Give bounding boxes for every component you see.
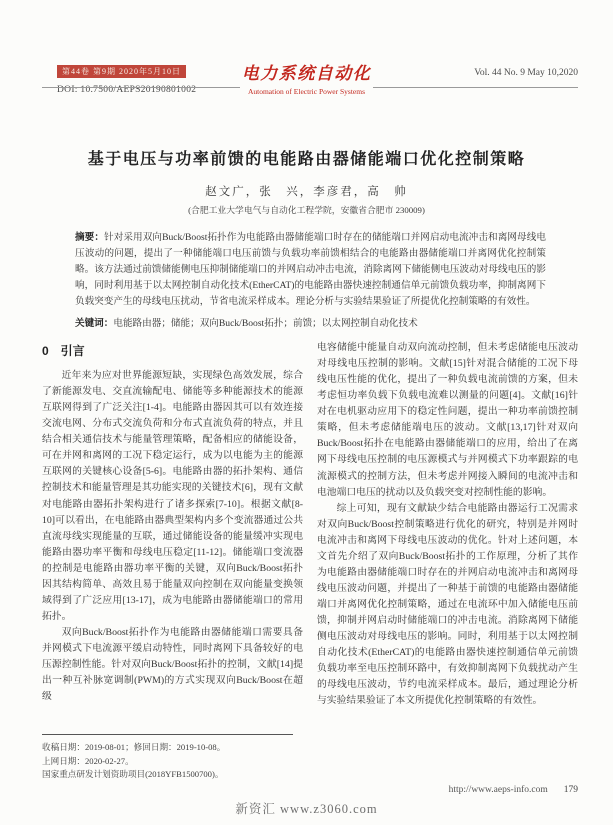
footnote-line: 收稿日期：2019-08-01；修回日期：2019-10-08。 <box>42 741 303 755</box>
abstract-text: 针对采用双向Buck/Boost拓扑作为电能路由器储能端口时存在的储能端口并网启… <box>75 232 546 307</box>
abstract-label: 摘要： <box>75 232 104 243</box>
abstract: 摘要：针对采用双向Buck/Boost拓扑作为电能路由器储能端口时存在的储能端口… <box>75 230 546 311</box>
footnote: 收稿日期：2019-08-01；修回日期：2019-10-08。 上网日期：20… <box>42 730 303 782</box>
volume-info: Vol. 44 No. 9 May 10,2020 <box>474 68 578 78</box>
authors: 赵文广，张 兴，李彦君，高 帅 <box>0 183 613 199</box>
right-column: 电容储能中能量自动双向流动控制，但未考虑储能电压波动对母线电压控制的影响。文献[… <box>317 340 578 782</box>
paragraph: 综上可知，现有文献缺少结合电能路由器运行工况需求对双向Buck/Boost控制策… <box>317 501 578 710</box>
footer-url: http://www.aeps-info.com <box>449 785 548 795</box>
paragraph: 双向Buck/Boost拓扑作为电能路由器储能端口需要具备并网模式下电流源平缓启… <box>42 625 303 705</box>
body-columns: 0 引言 近年来为应对世界能源短缺，实现绿色高效发展，综合了新能源发电、交直流输… <box>42 340 578 782</box>
affiliation: (合肥工业大学电气与自动化工程学院，安徽省合肥市 230009) <box>0 203 613 216</box>
watermark: 新资汇 www.z3060.com <box>0 799 613 817</box>
page-number: 179 <box>564 785 578 795</box>
footnote-rule <box>42 734 293 735</box>
journal-logo-en: Automation of Electric Power Systems <box>240 87 373 96</box>
keywords-text: 电能路由器；储能；双向Buck/Boost拓扑；前馈；以太网控制自动化技术 <box>113 318 417 329</box>
article-title: 基于电压与功率前馈的电能路由器储能端口优化控制策略 <box>0 146 613 169</box>
journal-page: 第44卷 第9期 2020年5月10日 DOI: 10.7500/AEPS201… <box>0 0 613 825</box>
section-heading: 0 引言 <box>42 342 303 359</box>
page-footer: http://www.aeps-info.com179 <box>449 785 578 795</box>
paragraph: 电容储能中能量自动双向流动控制，但未考虑储能电压波动对母线电压控制的影响。文献[… <box>317 340 578 501</box>
paragraph: 近年来为应对世界能源短缺，实现绿色高效发展，综合了新能源发电、交直流输配电、储能… <box>42 368 303 625</box>
watermark-text: 新资汇 www.z3060.com <box>235 802 377 816</box>
left-column: 0 引言 近年来为应对世界能源短缺，实现绿色高效发展，综合了新能源发电、交直流输… <box>42 340 303 782</box>
footnote-line: 上网日期：2020-02-27。 <box>42 755 303 769</box>
front-matter: 摘要：针对采用双向Buck/Boost拓扑作为电能路由器储能端口时存在的储能端口… <box>75 230 546 332</box>
keywords: 关键词：电能路由器；储能；双向Buck/Boost拓扑；前馈；以太网控制自动化技… <box>75 316 546 332</box>
keywords-label: 关键词： <box>75 318 113 329</box>
footnote-line: 国家重点研发计划资助项目(2018YFB1500700)。 <box>42 768 303 782</box>
journal-logo-en-wrap: Automation of Electric Power Systems <box>0 81 613 99</box>
